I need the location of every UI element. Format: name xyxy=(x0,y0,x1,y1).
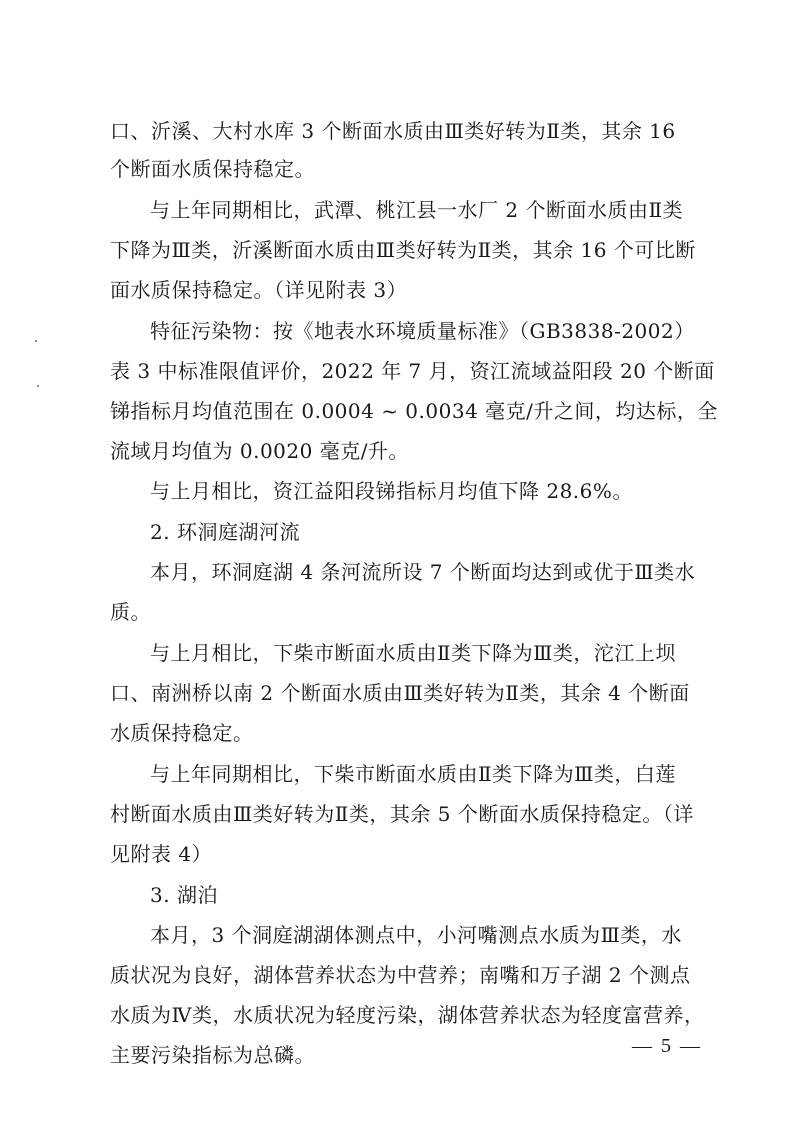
text-line: 质状况为良好，湖体营养状态为中营养；南嘴和万子湖 2 个测点 xyxy=(110,956,690,994)
text-line: 个断面水质保持稳定。 xyxy=(110,150,315,188)
text-line: 特征污染物：按《地表水环境质量标准》（GB3838-2002） xyxy=(150,312,695,350)
text-line: 口、沂溪、大村水库 3 个断面水质由Ⅲ类好转为Ⅱ类，其余 16 xyxy=(110,112,676,150)
text-line: 质。 xyxy=(110,593,151,631)
scan-speck xyxy=(37,385,39,387)
text-line: 水质为Ⅳ类，水质状况为轻度污染，湖体营养状态为轻度富营养， xyxy=(110,996,704,1034)
text-line: 锑指标月均值范围在 0.0004 ~ 0.0034 毫克/升之间，均达标，全 xyxy=(110,392,718,430)
text-line: 与上年同期相比，武潭、桃江县一水厂 2 个断面水质由Ⅱ类 xyxy=(150,191,683,229)
text-line: 口、南洲桥以南 2 个断面水质由Ⅲ类好转为Ⅱ类，其余 4 个断面 xyxy=(110,674,690,712)
text-line: 与上年同期相比，下柴市断面水质由Ⅱ类下降为Ⅲ类，白莲 xyxy=(150,755,676,793)
text-line: 主要污染指标为总磷。 xyxy=(110,1036,315,1074)
text-line: 见附表 4） xyxy=(110,835,212,873)
scan-speck xyxy=(35,340,37,342)
text-line: 村断面水质由Ⅲ类好转为Ⅱ类，其余 5 个断面水质保持稳定。（详 xyxy=(110,795,694,833)
page-number: — 5 — xyxy=(632,1034,702,1058)
text-line: 与上月相比，资江益阳段锑指标月均值下降 28.6%。 xyxy=(150,472,633,510)
text-line: 与上月相比，下柴市断面水质由Ⅱ类下降为Ⅲ类，沱江上坝 xyxy=(150,634,676,672)
text-line: 本月，环洞庭湖 4 条河流所设 7 个断面均达到或优于Ⅲ类水 xyxy=(150,553,695,591)
text-line: 面水质保持稳定。（详见附表 3） xyxy=(110,271,407,309)
section-heading: 3. 湖泊 xyxy=(150,876,218,914)
text-line: 表 3 中标准限值评价，2022 年 7 月，资江流域益阳段 20 个断面 xyxy=(110,352,715,390)
text-line: 本月，3 个洞庭湖湖体测点中，小河嘴测点水质为Ⅲ类，水 xyxy=(150,916,682,954)
section-heading: 2. 环洞庭湖河流 xyxy=(150,513,300,551)
text-line: 流域月均值为 0.0020 毫克/升。 xyxy=(110,432,409,470)
text-line: 下降为Ⅲ类，沂溪断面水质由Ⅲ类好转为Ⅱ类，其余 16 个可比断 xyxy=(110,231,696,269)
text-line: 水质保持稳定。 xyxy=(110,714,254,752)
